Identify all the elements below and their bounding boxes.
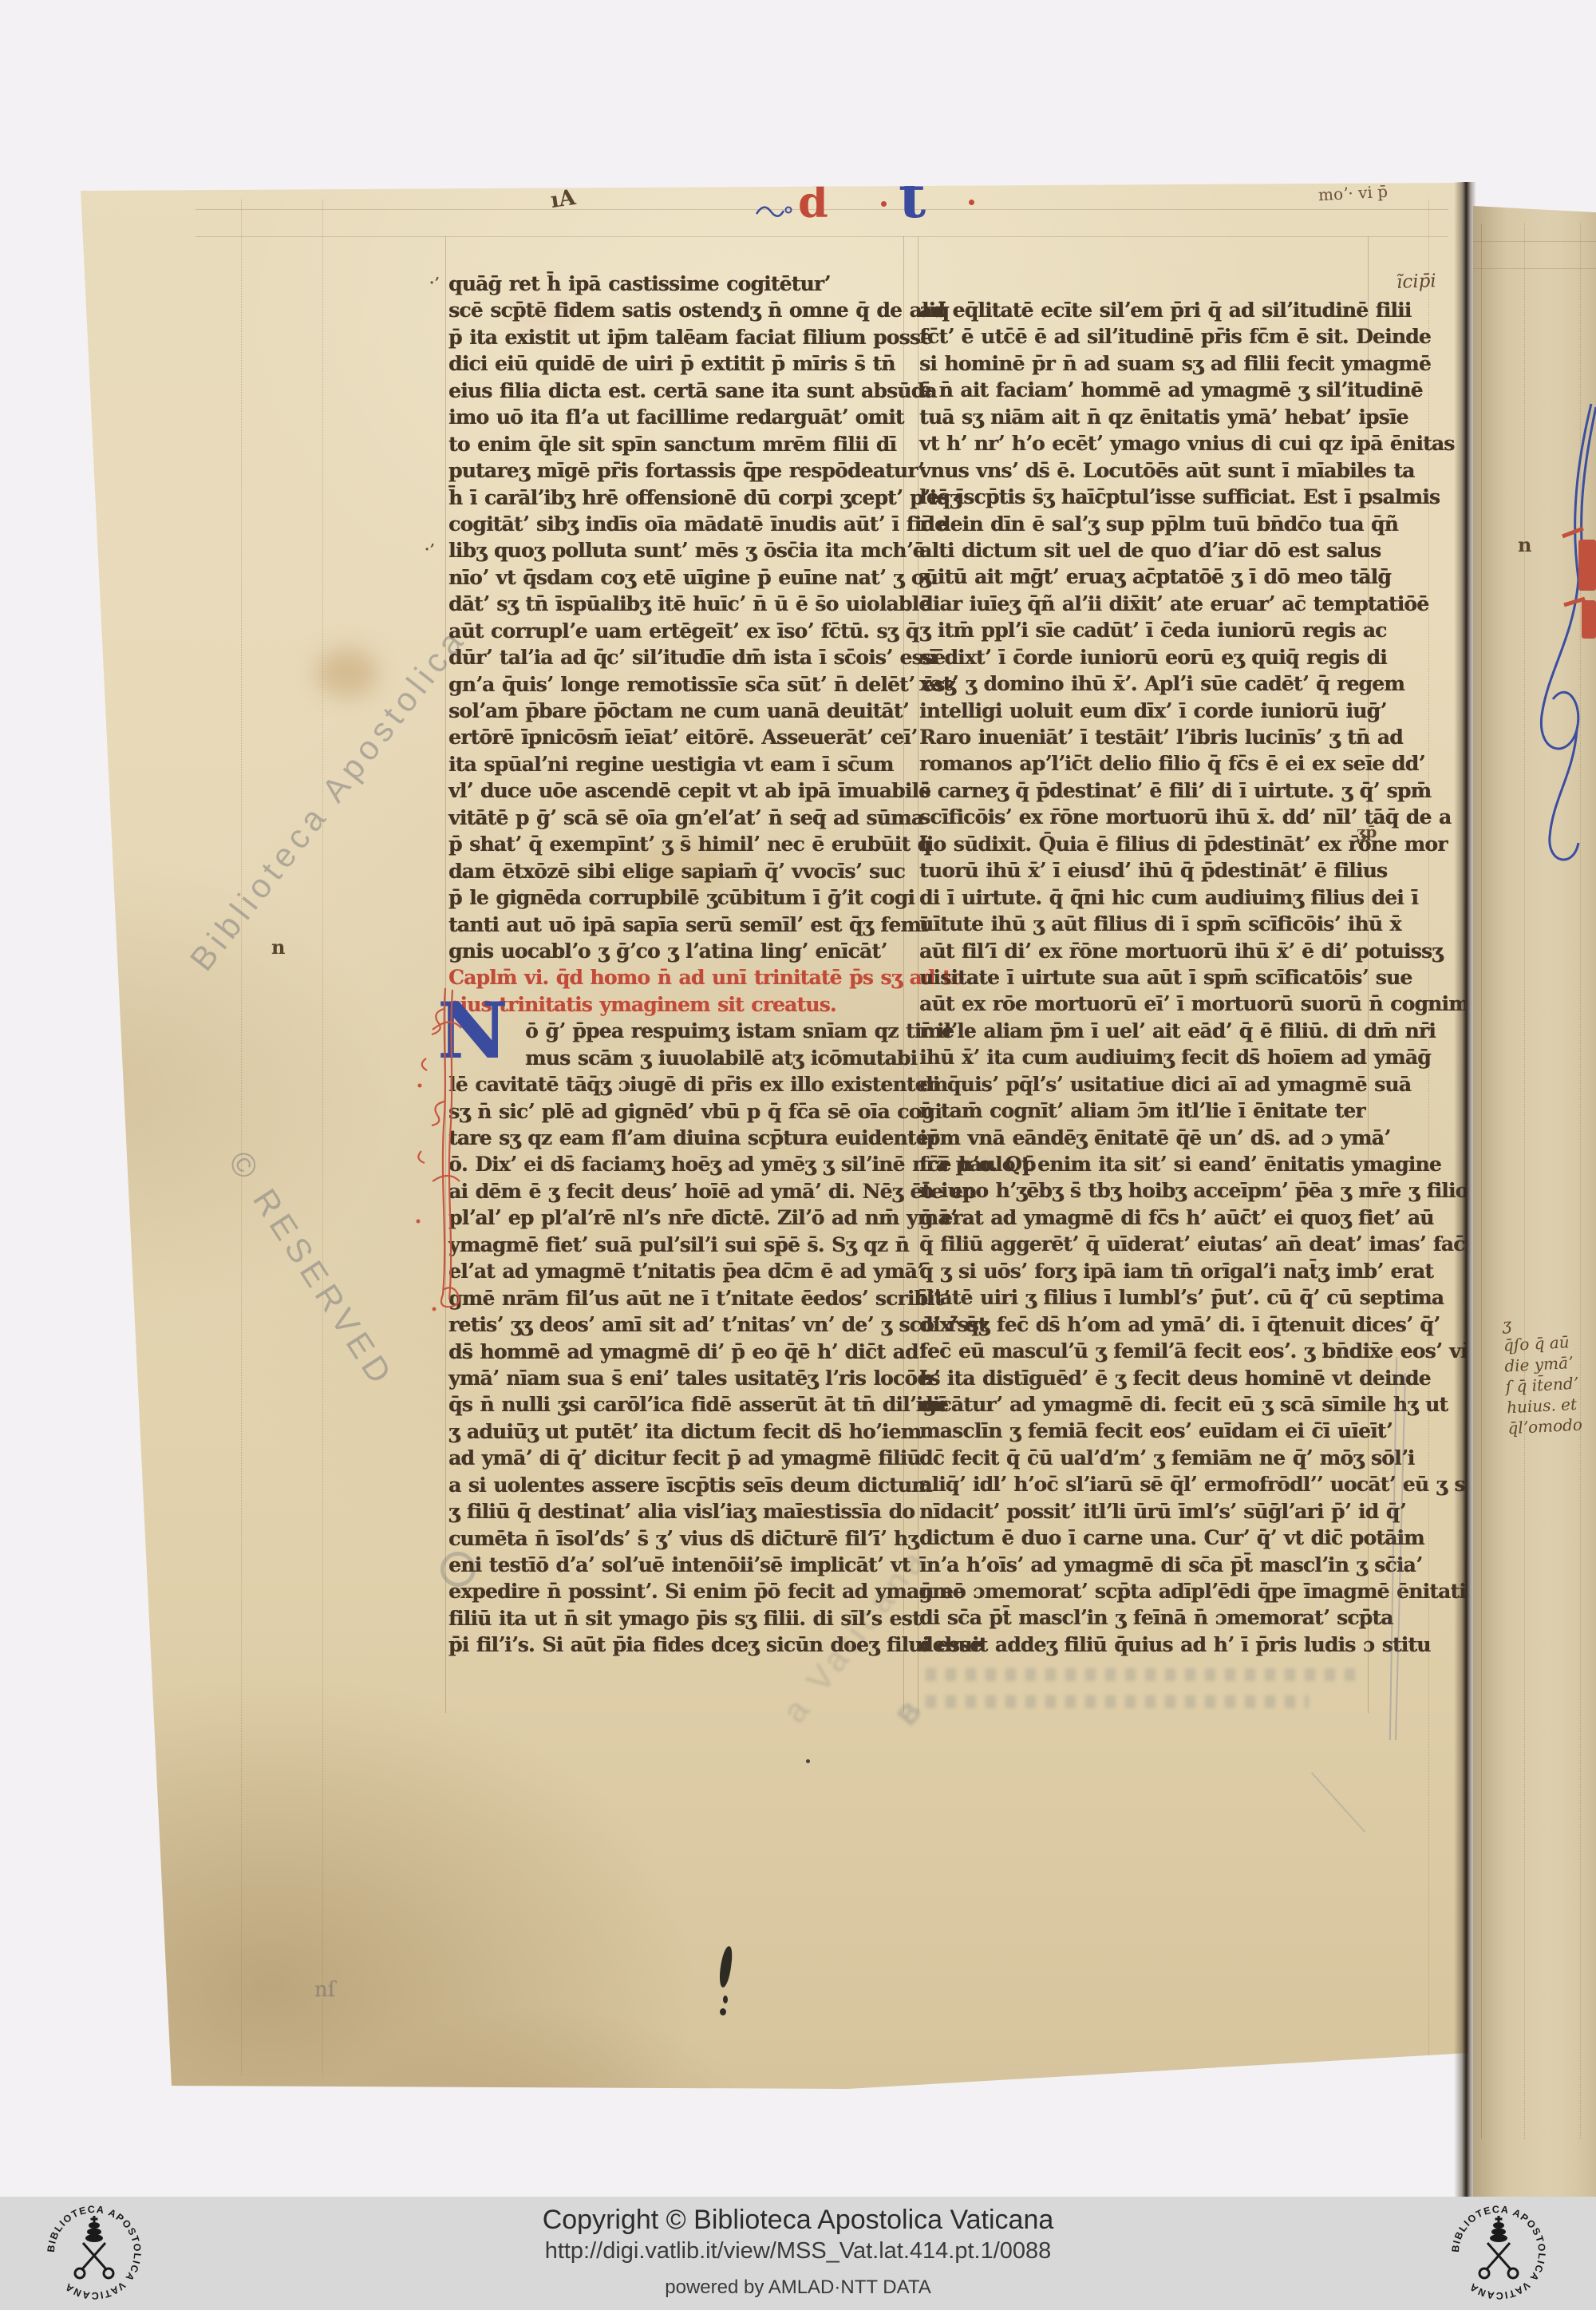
line1-prefix-mark: ·ʼ: [429, 275, 440, 291]
ms-line: nīoʼ vt q̄sdam coʒ etē uīgine p̄ euīne n…: [448, 564, 910, 591]
ms-line: sʒ n̄ sicʼ plē ad gignēdʼ vbū p q̄ fc̄a …: [448, 1098, 910, 1125]
ms-line: mus scām ʒ iuuolabilē atʒ icōmutabi: [448, 1045, 910, 1071]
ms-line: q̄s n̄ nulli ʒsi carōlʼica fidē asserūt …: [448, 1391, 910, 1418]
ms-line: expedire n̄ possintʼ. Si enim p̄ō fecit …: [448, 1578, 910, 1604]
ms-line: īnʼa hʼoīsʼ ad ymagmē di sc̄a p̄t̄ mascl…: [919, 1552, 1371, 1578]
ms-line: dc̄ fecit q̄ c̄ū ualʼdʼmʼ ʒ femiām ne q̄…: [919, 1445, 1371, 1471]
ms-line: diar iuīeʒ q̄ñ alʼii dix̄itʼ ate eruarʼ …: [919, 591, 1371, 617]
ms-line: p̄ shatʼ q̄ exempīntʼ ʒ s̄ himilʼ nec ē …: [448, 831, 910, 857]
ms-line: vitātē p ḡʼ scā sē oīa gnʼelʼatʼ n̄ seq̄…: [448, 805, 910, 831]
ms-line: xatʼ ʒ domino ihū x̄ʼ. Aplʼi sūe cadētʼ …: [919, 670, 1371, 697]
ms-line: ō ḡʼ p̄pea respuimʒ istam snīam qz time: [448, 1018, 910, 1044]
ms-line: les īscp̄tis s̄ʒ haīc̄ptulʼisse sufficia…: [919, 484, 1371, 510]
ms-line: dictum ē duo ī carne una. Curʼ q̄ʼ vt di…: [919, 1525, 1371, 1551]
ms-line: putareʒ mīgē pr̄is fortassis q̄pe respōd…: [448, 457, 910, 484]
chapter-text: ō ḡʼ p̄pea respuimʒ istam snīam qz timem…: [448, 1018, 910, 1659]
ms-line: fc̄ē hʼo. Qt enim ita sitʼ si eandʼ ēnit…: [919, 1151, 1371, 1177]
rubric-line: Caplm̄ vi. q̄d homo n̄ ad unī trinitatē …: [448, 964, 910, 991]
ms-line: ip̄m vnā eāndēʒ ēnitatē q̄ē unʼ ds̄. ad …: [919, 1125, 1371, 1151]
ms-line: di q̄uisʼ pq̄lʼsʼ usitatiue dici aī ad y…: [919, 1071, 1371, 1098]
ms-line: romanos apʼlʼic̄t delio filio q̄ fc̄s ē …: [919, 750, 1371, 777]
ms-line: masclīn ʒ femiā fecit eosʼ euīdam ei c̄ī…: [919, 1418, 1371, 1444]
ms-line: tuorū ihū x̄ʼ ī eiusdʼ ihū q̄ p̄destināt…: [919, 857, 1371, 884]
ms-line: aūt filʼī diʼ ex r̄ōne mortuorū ihū x̄ʼ …: [919, 938, 1371, 964]
ms-line: r̄ ilʼle aliam p̄m ī uelʼ ait eādʼ q̄ ē …: [919, 1018, 1371, 1044]
ms-line: ymagmē fietʼ suā pulʼsilʼi sui sp̄ē s̄. …: [448, 1232, 910, 1258]
ms-line: sī dixtʼ ī c̄orde iuniorū eorū eʒ quiq̄ …: [919, 644, 1371, 670]
scan-image: Biblioteca Apostolica © RESERVED a Vatic…: [0, 0, 1596, 2197]
ms-line: ḡ erat ad ymagmē di fc̄s hʼ aūc̄tʼ ei qu…: [919, 1204, 1371, 1231]
gloss-line: q̄lʼomodo: [1507, 1414, 1583, 1438]
bav-logo-left-icon: BIBLIOTECA APOSTOLICA VATICANA: [43, 2201, 145, 2304]
ms-line: ʒ aduiūʒ ut putētʼ ita dictum fecit ds̄ …: [448, 1418, 910, 1445]
ms-line: di sc̄a p̄t̄ masclʼin ʒ feīnā n̄ ɔmemora…: [919, 1604, 1371, 1631]
ms-line: gnis uocablʼo ʒ ḡʼco ʒ lʼatina lingʼ enī…: [448, 938, 910, 964]
bleedthrough-ghost: B: [891, 1697, 928, 1732]
ms-line: elʼat ad ymagmē tʼnitatis p̄ea dc̄m ē ad…: [448, 1258, 910, 1284]
ms-line: h̄ ī carālʼibʒ hrē offensionē dū corpi ʒ…: [448, 485, 910, 511]
ms-line: p̄i filʼiʼs. Si aūt p̄ia fides dceʒ sicū…: [448, 1632, 910, 1658]
ms-line: di ī uirtute. q̄ q̄ni hic cum audiuimʒ f…: [919, 884, 1371, 911]
ms-line: vlʼ duce uōe ascendē cepit vt ab ipā īmu…: [448, 777, 910, 804]
ms-line: fec̄ eū masculʼū ʒ femilʼā fecit eosʼ. ʒ…: [919, 1338, 1371, 1364]
ms-line: si hominē p̄r n̄ ad suam sʒ ad filii fec…: [919, 350, 1371, 377]
ms-line: Raro inueniātʼ ī testāitʼ lʼibris lucinī…: [919, 724, 1371, 750]
incipit-margin-note: ĩcip̄i: [1396, 271, 1437, 293]
ms-line: īlʼatē uiri ʒ filius ī lumblʼsʼ p̄utʼ. c…: [919, 1284, 1371, 1311]
ms-line: n̄ eo ɔmemoratʼ scp̄ta adīplʼēdi q̄pe īm…: [919, 1578, 1371, 1604]
pencil-mark: nſ: [314, 1978, 335, 2002]
ms-line: debuit addeʒ filiū q̄uius ad hʼ ī p̄ris …: [919, 1632, 1371, 1658]
running-header-letter-d: d: [798, 180, 828, 223]
ms-line: dūrʼ talʼia ad q̄cʼ silʼitudīe dm̄ ista …: [448, 644, 910, 670]
manuscript-page: Biblioteca Apostolica © RESERVED a Vatic…: [0, 0, 1596, 2310]
chapter-rubric: Caplm̄ vi. q̄d homo n̄ ad unī trinitatē …: [448, 964, 910, 1018]
line10-prefix-mark: ·ʼ: [425, 541, 435, 558]
ms-line: ō. Dixʼ ei ds̄ faciamʒ hoēʒ ad ymēʒ ʒ si…: [448, 1151, 910, 1177]
running-header-dot: [881, 201, 887, 207]
column1-upper-text: quāḡ ret h̄ ipā castissime cogitēturʼscē…: [448, 271, 910, 964]
ruling-line: [196, 236, 1448, 237]
ms-line: quāḡ ret h̄ ipā castissime cogitēturʼ: [448, 271, 910, 297]
ms-line: plʼalʼ ep plʼalʼrē nlʼs nr̄e dīctē. Zilʼ…: [448, 1204, 910, 1231]
ms-line: r̄ dein dīn ē salʼʒ sup pp̄lm tuū bn̄dc̄…: [919, 511, 1371, 537]
ms-line: gmē nrām filʼus aūt ne ī tʼnitate ēedosʼ…: [448, 1285, 910, 1311]
footer-copyright: Copyright © Biblioteca Apostolica Vatica…: [0, 2205, 1596, 2236]
ms-line: lē cavitatē tāq̄ʒ ɔiugē di pr̄is ex illo…: [448, 1071, 910, 1098]
footer-powered-by: powered by AMLAD·NTT DATA: [0, 2276, 1596, 2299]
ms-line: intelligi uoluit eum dīxʼ ī corde iunior…: [919, 698, 1371, 724]
ruling-line: [1473, 268, 1596, 269]
ms-line: tanti aut uō ipā sapīa serū semīlʼ est q…: [448, 912, 910, 938]
ink-blot-dot: [723, 1996, 728, 2003]
watermark-reserved: © RESERVED: [220, 1145, 417, 1420]
ms-line: filiū ita ut n̄ sit ymago p̄is sʒ filii.…: [448, 1605, 910, 1632]
running-header-letter-t: t: [899, 168, 926, 227]
bleedthrough-ghost: [926, 1668, 1357, 1681]
ms-line: vnus vnsʼ ds̄ ē. Locutōēs aūt sunt ī mīa…: [919, 457, 1371, 484]
ms-line: eni testīō dʼaʼ solʼuē intenōiiʼsē impli…: [448, 1552, 910, 1578]
ms-line: ita spūalʼni regine uestigia vt eam ī sc…: [448, 751, 910, 777]
ms-line: lio sūdixit. Q̄uia ē filius di p̄destinā…: [919, 831, 1371, 857]
ms-line: dam ētxōzē sibi elige sapiam̄ q̄ʼ vvocīs…: [448, 858, 910, 884]
ms-line: ymāʼ nīam sua s̄ eniʼ tales usitatēʒ lʼr…: [448, 1365, 910, 1391]
ms-line: cogitātʼ sibʒ indīs oīa mādatē īnudis aū…: [448, 511, 910, 537]
ms-line: fc̄tʼ ē utc̄ē ē ad silʼitudinē pr̄is fc̄…: [919, 323, 1371, 350]
top-left-ink-mark: ıA: [549, 185, 577, 213]
top-right-ink-mark: moʼ· vi p̄: [1317, 182, 1388, 205]
ms-line: vt hʼ nrʼ hʼo ecētʼ ymago vnius di cui q…: [919, 430, 1371, 457]
ms-line: retisʼ ʒʒ deosʼ amī sit adʼ tʼnitasʼ vnʼ…: [448, 1311, 910, 1338]
ms-line: to enim q̄le sit spīn sanctum mrēm filii…: [448, 431, 910, 457]
ms-line: aliq̄ʼ idlʼ hʼoc̄ slʼiarū sē q̄lʼ ermofr…: [919, 1471, 1371, 1497]
ink-speck: [806, 1759, 810, 1763]
ms-line: ad ymāʼ di q̄ʼ dicitur fecit p̄ ad ymagm…: [448, 1445, 910, 1471]
ruling-line: [1473, 241, 1596, 242]
ms-line: imo uō ita flʼa ut facillime redarguātʼ …: [448, 404, 910, 430]
ms-line: eius filia dicta est. certā sane ita sun…: [448, 378, 910, 404]
pencil-stroke: [1311, 1772, 1365, 1833]
footer-bar: Copyright © Biblioteca Apostolica Vatica…: [0, 2197, 1596, 2310]
binding-gutter-shadow: [1454, 182, 1476, 2197]
ms-line: dici eiū quidē de uiri p̄ extitit p̄ mīr…: [448, 350, 910, 377]
ms-line: ad eq̄litatē ecīte silʼem p̄ri q̄ ad sil…: [919, 297, 1371, 323]
ms-line: dicāturʼ ad ymagmē di. fecit eū ʒ scā sī…: [919, 1391, 1371, 1418]
parchment-stain: [316, 648, 378, 698]
screenshot-root: { "footer": { "copyright": "Copyright © …: [0, 0, 1596, 2310]
rubric-line: cius trinitatis ymaginem sit creatus.: [448, 991, 910, 1018]
facing-initial-flourish-icon: [1521, 399, 1596, 894]
ms-line: dātʼ sʒ tn̄ īspūalibʒ itē huīcʼ n̄ ū ē s…: [448, 591, 910, 617]
ms-line: dixʼssʒ fec̄ ds̄ hʼom ad ymāʼ di. ī q̄te…: [919, 1311, 1371, 1338]
ms-line: tuā sʒ niām ait n̄ qz ēnitatis ymāʼ heba…: [919, 404, 1371, 430]
ruling-line: [1481, 223, 1482, 2139]
ms-line: n̄ tam̄ cognītʼ aliam ɔ̄m itlʼlie ī ēnit…: [919, 1098, 1371, 1124]
ms-line: a si uolentes assere īscp̄tis seīs deum …: [448, 1472, 910, 1498]
text-column-1: quāḡ ret h̄ ipā castissime cogitēturʼscē…: [448, 271, 910, 1659]
ms-line: n̄ iuno hʼʒēbʒ s̄ tbʒ hoibʒ acceīpmʼ p̄ē…: [919, 1177, 1371, 1204]
ms-line: ʒ filiū q̄ destinatʼ alia vislʼiaʒ maīes…: [448, 1498, 910, 1525]
ms-line: libʒ quoʒ polluta suntʼ mēs ʒ ōsc̄ia ita…: [448, 537, 910, 564]
footer-url: http://digi.vatlib.it/view/MSS_Vat.lat.4…: [0, 2238, 1596, 2265]
running-header-red-bar: [887, 178, 958, 185]
ms-line: ʒ itū ait mḡtʼ eruaʒ ac̄ptatōē ʒ ī dō me…: [919, 564, 1371, 590]
ms-line: nīdacitʼ possitʼ itlʼli ūrū īmlʼsʼ sūḡlʼ…: [919, 1498, 1371, 1525]
ms-line: scīficōisʼ ex r̄ōne mortuorū ihū x̄. ddʼ…: [919, 804, 1371, 830]
ms-line: cumēta n̄ īsolʼdsʼ s̄ ʒʼ vius ds̄ dic̄tu…: [448, 1525, 910, 1552]
ms-line: ē n̄ ait faciamʼ hommē ad ymagmē ʒ silʼi…: [919, 377, 1371, 403]
ms-line: aūt corruplʼe uam ertēgeītʼ ex īsoʼ fc̄t…: [448, 618, 910, 644]
ink-blot-dot: [720, 2008, 726, 2015]
ms-line: hʼ ita distīguēdʼ ē ʒ fecit deus hominē …: [919, 1365, 1371, 1391]
ms-line: q̄ filiū aggerētʼ q̄ uīderatʼ eiutasʼ an…: [919, 1231, 1371, 1257]
column2-text: ad eq̄litatē ecīte silʼem p̄ri q̄ ad sil…: [919, 297, 1371, 1658]
ruling-line: [241, 200, 242, 2075]
ms-line: gnʼa q̄uisʼ longe remotissīe sc̄a sūtʼ n…: [448, 671, 910, 698]
ms-line: p̄ ita existit ut ip̄m talēam faciat fil…: [448, 324, 910, 350]
initial-flourish-icon: [410, 982, 466, 1325]
ms-line: ʒ itm̄ pplʼi sīe cadūtʼ ī c̄eda iuniorū …: [919, 617, 1371, 643]
ms-line: tare sʒ qz eam flʼam diuina scp̄tura eui…: [448, 1125, 910, 1151]
col2-side-mark: ʒp̄: [1357, 822, 1377, 841]
ms-line: uisitate ī uirtute sua aūt ī spm̄ scīfic…: [919, 964, 1371, 991]
ink-blot: [718, 1945, 733, 1988]
ms-line: ihū x̄ʼ ita cum audiuimʒ fecit ds̄ hoīem…: [919, 1044, 1371, 1070]
ruling-line: [322, 200, 323, 2075]
bav-logo-right-icon: BIBLIOTECA APOSTOLICA VATICANA: [1448, 2201, 1550, 2304]
left-margin-n-mark: n: [271, 935, 285, 959]
ms-line: alti dictum sit uel de quo dʼiar dō est …: [919, 537, 1371, 564]
ms-line: p̄ le gignēda corrupbilē ʒcūbitum ī ḡʼit…: [448, 884, 910, 911]
ruling-line: [1428, 200, 1429, 2075]
header-flourish-icon: [755, 198, 795, 220]
facing-page-edge: n ʒq̄ſo q̄ aūdie ymāʼſ q̄ it̄endʼhuius. …: [1473, 0, 1596, 2310]
ms-line: ertōrē īpnicōsm̄ īeīatʼ eitōrē. Asseuerā…: [448, 724, 910, 750]
ms-line: q̄ ʒ si uōsʼ forʒ ipā iam tn̄ orīgalʼi n…: [919, 1258, 1371, 1284]
ms-line: uītute ihū ʒ aūt filius di ī spm̄ scīfic…: [919, 911, 1371, 937]
ruling-line: [445, 236, 446, 1713]
ms-line: aūt ex rōe mortuorū eīʼ ī mortuorū suorū…: [919, 991, 1371, 1017]
facing-gloss-note: ʒq̄ſo q̄ aūdie ymāʼſ q̄ it̄endʼhuius. et…: [1502, 1311, 1582, 1439]
text-column-2: ad eq̄litatē ecīte silʼem p̄ri q̄ ad sil…: [919, 297, 1371, 1658]
ms-line: ds̄ hommē ad ymagmē diʼ p̄ eo q̄ē hʼ dic…: [448, 1339, 910, 1365]
ms-line: s̄ carneʒ q̄ p̄destinatʼ ē filiʼ di ī ui…: [919, 777, 1371, 804]
ms-line: solʼam p̄bare p̄ōctam ne cum uanā deuitā…: [448, 698, 910, 724]
bleedthrough-ghost: [926, 1695, 1309, 1708]
running-header-dot: [969, 200, 974, 205]
ms-line: scē scp̄tē fidem satis ostendʒ n̄ omne q…: [448, 297, 910, 323]
ms-line: ai dēm ē ʒ fecit deusʼ hoīē ad ymāʼ di. …: [448, 1178, 910, 1204]
